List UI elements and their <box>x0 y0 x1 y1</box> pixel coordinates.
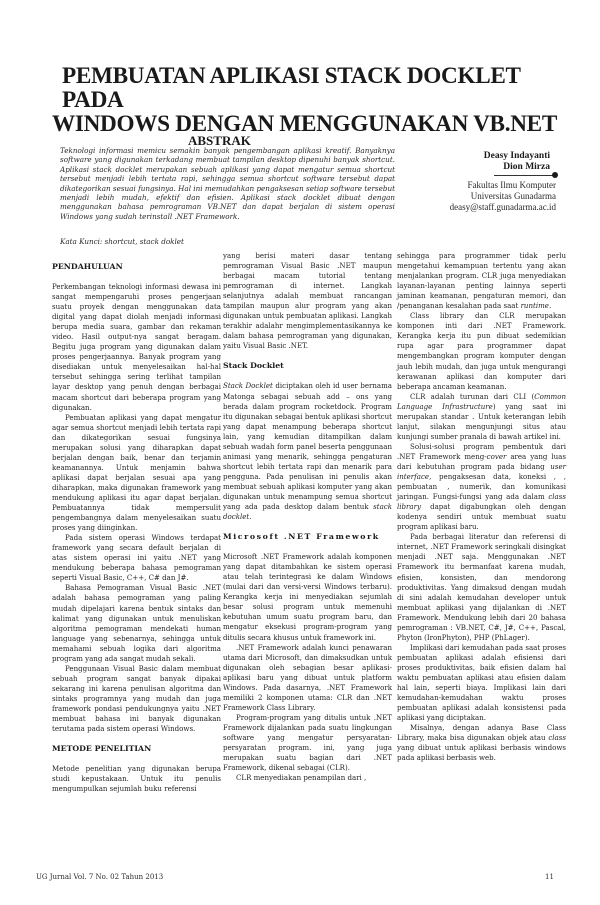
emphasis: class <box>548 733 566 742</box>
affiliation-email: deasy@staff.gunadarma.ac.id <box>420 202 556 213</box>
affiliation-faculty: Fakultas Ilmu Komputer <box>420 180 556 191</box>
author-name: Deasy Indayanti <box>430 151 550 162</box>
section-heading-pendahuluan: PENDAHULUAN <box>52 262 221 272</box>
author-divider <box>494 175 554 176</box>
paragraph: Pada sistem operasi Windows terdapat fra… <box>52 533 221 583</box>
keywords: Kata Kunci: shortcut, stack doklet <box>60 237 184 246</box>
author-list: Deasy Indayanti Dion Mirza <box>430 151 550 173</box>
text: diciptakan oleh id user bernama Matonga … <box>223 381 392 511</box>
paragraph: CLR menyediakan penampilan dari , <box>223 773 392 783</box>
paragraph: Solusi-solusi program pembentuk dari .NE… <box>397 442 566 532</box>
emphasis: runtime <box>521 301 549 310</box>
text: . <box>549 301 551 310</box>
paragraph: Pada berbagai literatur dan referensi di… <box>397 532 566 643</box>
paragraph: Stack Docklet diciptakan oleh id user be… <box>223 381 392 522</box>
page-number: 11 <box>545 873 554 881</box>
paragraph: Misalnya, dengan adanya Base Class Libra… <box>397 723 566 763</box>
paragraph: Microsoft .NET Framework adalah komponen… <box>223 552 392 642</box>
text: yang dibuat untuk aplikasi berbasis wind… <box>397 743 566 762</box>
title-line-2: WINDOWS DENGAN MENGGUNAKAN VB.NET <box>52 112 572 136</box>
footer-journal: UG Jurnal Vol. 7 No. 02 Tahun 2013 <box>36 873 163 881</box>
paragraph: Bahasa Pemograman Visual Basic .NET adal… <box>52 583 221 663</box>
paragraph: Pembuatan aplikasi yang dapat mengatur a… <box>52 413 221 534</box>
column-3: sehingga para programmer tidak perlu men… <box>397 251 566 763</box>
column-2: yang berisi materi dasar tentang pemrogr… <box>223 251 392 783</box>
paragraph: Implikasi dari kemudahan pada saat prose… <box>397 643 566 723</box>
paragraph: sehingga para programmer tidak perlu men… <box>397 251 566 311</box>
paragraph: Program-program yang ditulis untuk .NET … <box>223 713 392 773</box>
emphasis: Stack Docklet <box>223 381 273 390</box>
text: CLR adalah turunan dari CLI ( <box>410 392 534 401</box>
paper-title: PEMBUATAN APLIKASI STACK DOCKLET PADA WI… <box>52 64 572 136</box>
text: Misalnya, dengan adanya Base Class Libra… <box>397 723 566 742</box>
paragraph: Penggunaan Visual Basic dalam membuat se… <box>52 664 221 734</box>
paragraph: Metode penelitian yang digunakan berupa … <box>52 764 221 794</box>
paragraph: Perkembangan teknologi informasi dewasa … <box>52 282 221 413</box>
abstract-text: Teknologi informasi memicu semakin banya… <box>60 146 395 221</box>
column-1: PENDAHULUAN Perkembangan teknologi infor… <box>52 262 221 794</box>
paragraph: yang berisi materi dasar tentang pemrogr… <box>223 251 392 351</box>
title-line-1: PEMBUATAN APLIKASI STACK DOCKLET PADA <box>52 64 572 112</box>
section-heading-stack-docklet: Stack Docklet <box>223 361 392 371</box>
affiliation: Fakultas Ilmu Komputer Universitas Gunad… <box>420 180 556 213</box>
section-heading-metode: METODE PENELITIAN <box>52 744 221 754</box>
paragraph: CLR adalah turunan dari CLI (Common Lang… <box>397 392 566 442</box>
author-name: Dion Mirza <box>430 162 550 173</box>
emphasis: cover <box>487 452 507 461</box>
author-divider-dot <box>552 172 558 178</box>
affiliation-university: Universitas Gunadarma <box>420 191 556 202</box>
paragraph: Class library dan CLR merupakan komponen… <box>397 311 566 391</box>
text: . <box>249 512 251 521</box>
paragraph: .NET Framework adalah kunci penawaran ut… <box>223 643 392 713</box>
section-heading-dotnet: Microsoft .NET Framework <box>223 532 392 542</box>
text: dapat digabungkan oleh dengan kodenya se… <box>397 502 566 531</box>
